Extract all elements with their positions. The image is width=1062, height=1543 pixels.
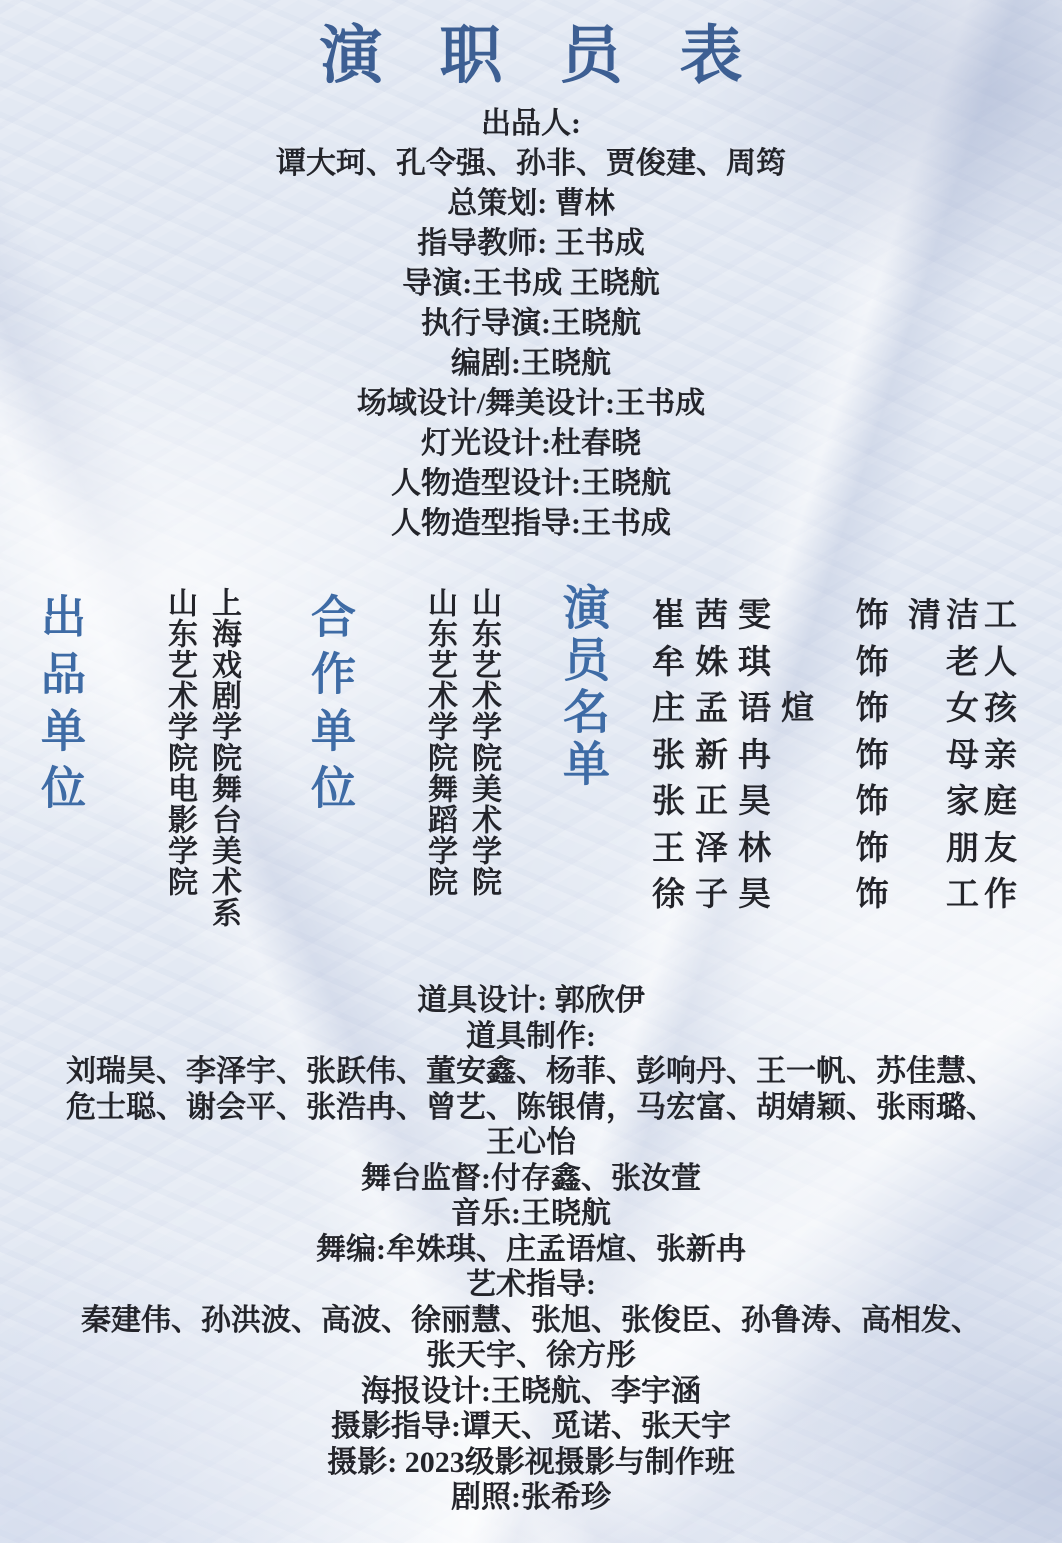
cast-role-name: 朋友 xyxy=(946,822,1022,869)
producer-unit-shandong-film-school: 山东艺术学院电影学院 xyxy=(163,587,196,928)
credit-line-art-direction-names1: 秦建伟、孙洪波、高波、徐丽慧、张旭、张俊臣、孙鲁涛、高相发、 xyxy=(0,1303,1062,1339)
partner-units-columns: 山东艺术学院美术学院 山东艺术学院舞蹈学院 xyxy=(412,587,500,897)
cast-list-label: 演员名单 xyxy=(558,583,605,791)
credit-line-art-direction-names2: 张天宇、徐方彤 xyxy=(0,1338,1062,1374)
producer-units-columns: 上海戏剧学院舞台美术系 山东艺术学院电影学院 xyxy=(152,587,240,928)
credit-line-choreography: 舞编:牟姝琪、庄孟语煊、张新冉 xyxy=(0,1232,1062,1268)
cast-actor-name: 张新冉 xyxy=(652,729,781,776)
cast-role-name: 母亲 xyxy=(946,729,1022,776)
credit-line-screenwriter: 编剧:王晓航 xyxy=(0,344,1062,384)
credit-line-character-design: 人物造型设计:王晓航 xyxy=(0,464,1062,504)
credit-line-executive-director: 执行导演:王晓航 xyxy=(0,304,1062,344)
credit-line-prop-making-label: 道具制作: xyxy=(0,1019,1062,1055)
cast-actor-name: 牟姝琪 xyxy=(652,636,781,683)
credit-line-prop-making-names1: 刘瑞昊、李泽宇、张跃伟、董安鑫、杨菲、彭响丹、王一帆、苏佳慧、 xyxy=(0,1054,1062,1090)
credit-line-music: 音乐:王晓航 xyxy=(0,1196,1062,1232)
page-title: 演职员表 xyxy=(0,20,1062,92)
partner-units-label: 合作单位 xyxy=(306,593,351,821)
cast-row: 张正昊 饰 家庭 xyxy=(652,775,1022,822)
cast-table: 崔茜雯 饰 清洁工 牟姝琪 饰 老人 庄孟语煊 饰 女孩 张新冉 饰 母亲 张正… xyxy=(652,589,1022,915)
top-credits-block: 出品人: 谭大珂、孔令强、孙非、贾俊建、周筠 总策划: 曹林 指导教师: 王书成… xyxy=(0,104,1062,544)
cast-plays-label: 饰 xyxy=(856,868,889,915)
cast-actor-name: 崔茜雯 xyxy=(652,589,781,636)
bottom-credits-block: 道具设计: 郭欣伊 道具制作: 刘瑞昊、李泽宇、张跃伟、董安鑫、杨菲、彭响丹、王… xyxy=(0,983,1062,1516)
credit-line-character-direction: 人物造型指导:王书成 xyxy=(0,504,1062,544)
credit-line-directors: 导演:王书成 王晓航 xyxy=(0,264,1062,304)
cast-row: 牟姝琪 饰 老人 xyxy=(652,636,1022,683)
cast-plays-label: 饰 xyxy=(856,775,889,822)
producer-unit-shanghai-theatre-academy: 上海戏剧学院舞台美术系 xyxy=(207,587,240,928)
cast-row: 庄孟语煊 饰 女孩 xyxy=(652,682,1022,729)
credit-line-producers-names: 谭大珂、孔令强、孙非、贾俊建、周筠 xyxy=(0,144,1062,184)
credit-line-stage-managers: 舞台监督:付存鑫、张汝萱 xyxy=(0,1161,1062,1197)
cast-row: 徐子昊 饰 工作 xyxy=(652,868,1022,915)
credit-line-producers-label: 出品人: xyxy=(0,104,1062,144)
partner-unit-dance-school: 山东艺术学院舞蹈学院 xyxy=(423,587,456,897)
credit-line-prop-making-names3: 王心怡 xyxy=(0,1125,1062,1161)
credit-line-advisor: 指导教师: 王书成 xyxy=(0,224,1062,264)
cast-actor-name: 王泽林 xyxy=(652,822,781,869)
credit-line-prop-making-names2: 危士聪、谢会平、张浩冉、曾艺、陈银倩，马宏富、胡婧颖、张雨璐、 xyxy=(0,1090,1062,1126)
credit-line-chief-planner: 总策划: 曹林 xyxy=(0,184,1062,224)
cast-plays-label: 饰 xyxy=(856,682,889,729)
cast-role-name: 女孩 xyxy=(946,682,1022,729)
credit-line-poster-design: 海报设计:王晓航、李宇涵 xyxy=(0,1374,1062,1410)
cast-row: 王泽林 饰 朋友 xyxy=(652,822,1022,869)
cast-row: 崔茜雯 饰 清洁工 xyxy=(652,589,1022,636)
credit-line-photography: 摄影: 2023级影视摄影与制作班 xyxy=(0,1445,1062,1481)
cast-plays-label: 饰 xyxy=(856,636,889,683)
credits-poster: 演职员表 出品人: 谭大珂、孔令强、孙非、贾俊建、周筠 总策划: 曹林 指导教师… xyxy=(0,0,1062,1543)
credit-line-lighting-design: 灯光设计:杜春晓 xyxy=(0,424,1062,464)
credit-line-photo-direction: 摄影指导:谭天、觅诺、张天宇 xyxy=(0,1409,1062,1445)
cast-actor-name: 徐子昊 xyxy=(652,868,781,915)
producer-units-label: 出品单位 xyxy=(36,593,81,821)
cast-role-name: 家庭 xyxy=(946,775,1022,822)
cast-row: 张新冉 饰 母亲 xyxy=(652,729,1022,776)
partner-unit-fine-arts-school: 山东艺术学院美术学院 xyxy=(467,587,500,897)
organizations-and-cast-section: 出品单位 上海戏剧学院舞台美术系 山东艺术学院电影学院 合作单位 山东艺术学院美… xyxy=(0,575,1062,945)
cast-plays-label: 饰 xyxy=(856,729,889,776)
credit-line-stage-design: 场域设计/舞美设计:王书成 xyxy=(0,384,1062,424)
cast-plays-label: 饰 xyxy=(856,822,889,869)
cast-actor-name: 张正昊 xyxy=(652,775,781,822)
cast-role-name: 工作 xyxy=(946,868,1022,915)
credit-line-prop-design: 道具设计: 郭欣伊 xyxy=(0,983,1062,1019)
cast-role-name: 老人 xyxy=(946,636,1022,683)
cast-plays-label: 饰 xyxy=(856,589,889,636)
cast-role-name: 清洁工 xyxy=(908,589,1022,636)
credit-line-art-direction-label: 艺术指导: xyxy=(0,1267,1062,1303)
cast-actor-name: 庄孟语煊 xyxy=(652,682,824,729)
credit-line-stills: 剧照:张希珍 xyxy=(0,1480,1062,1516)
